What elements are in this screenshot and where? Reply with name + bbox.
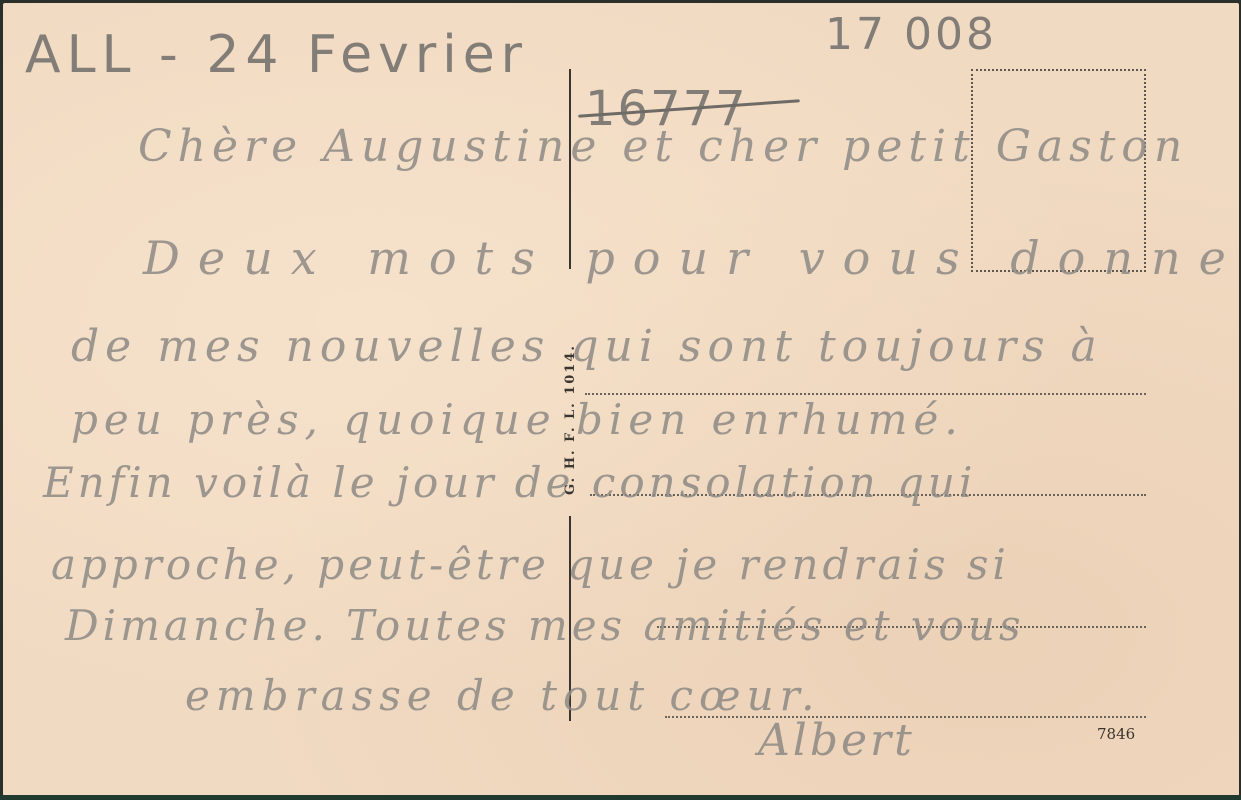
serial-number: 7846	[1097, 725, 1135, 743]
scan-edge	[0, 795, 1241, 800]
message-line-1: Chère Augustine et cher petit Gaston	[138, 121, 1188, 172]
signature: Albert	[758, 715, 915, 766]
message-line-5: Enfin voilà le jour de consolation qui	[43, 458, 976, 507]
pencil-annotation-new-number: 17 008	[825, 9, 997, 60]
message-line-4: peu près, quoique bien enrhumé.	[71, 395, 964, 444]
message-line-7: Dimanche. Toutes mes amitiés et vous	[65, 601, 1025, 650]
message-line-3: de mes nouvelles qui sont toujours à	[71, 321, 1103, 372]
message-line-2: Deux mots pour vous donner	[143, 231, 1241, 285]
pencil-annotation-date: ALL - 24 Fevrier	[25, 25, 528, 85]
message-line-6: approche, peut-être que je rendrais si	[51, 540, 1010, 589]
postcard-back: ALL - 24 Fevrier 17 008 16777 G. H. F. L…	[3, 3, 1239, 796]
message-line-8: embrasse de tout cœur.	[185, 671, 820, 720]
